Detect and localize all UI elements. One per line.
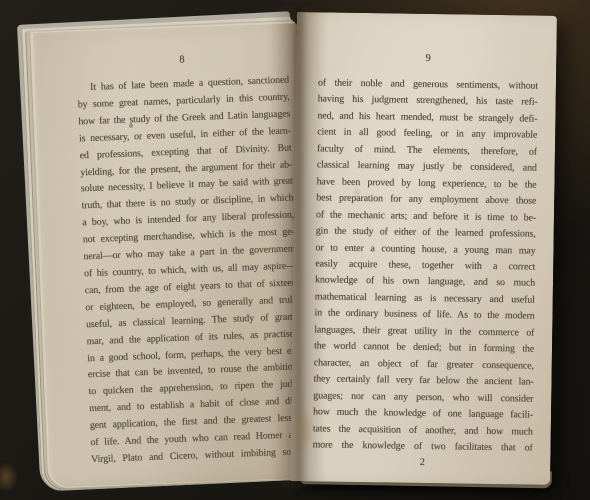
right-page-number: 9 (318, 50, 538, 66)
signature-mark: 2 (312, 454, 532, 474)
book-photograph: 8 It has of late been made a question, s… (0, 0, 590, 500)
left-page: 8 It has of late been made a question, s… (33, 23, 314, 488)
right-page: 9 of their noble and generous sentiments… (290, 12, 557, 485)
left-page-text: It has of late been made a question, san… (77, 72, 303, 469)
right-page-content: 9 of their noble and generous sentiments… (312, 50, 538, 473)
left-page-number: 8 (76, 49, 288, 70)
left-page-content: 8 It has of late been made a question, s… (76, 49, 303, 469)
right-page-text: of their noble and generous sentiments, … (312, 75, 538, 457)
